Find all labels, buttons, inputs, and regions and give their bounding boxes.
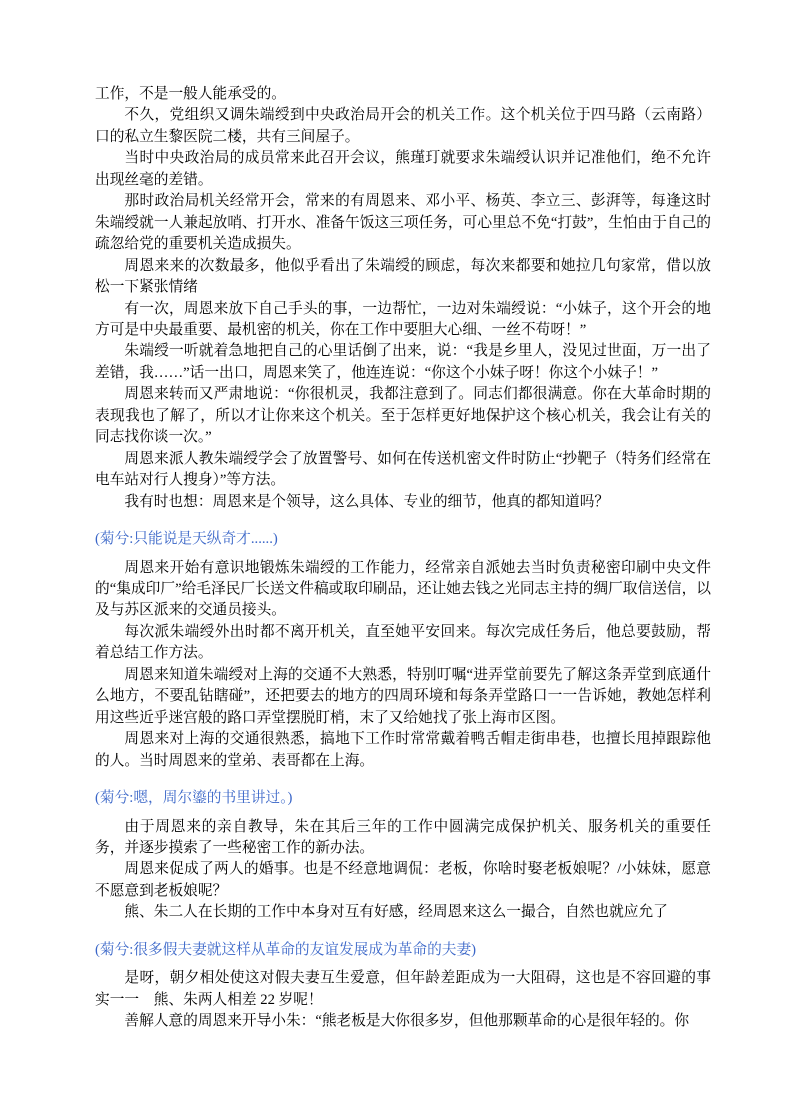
paragraph: 熊、朱二人在长期的工作中本身对互有好感，经周恩来这么一撮合，自然也就应允了 [95, 902, 711, 923]
paragraph: 周恩来知道朱端绶对上海的交通不大熟悉，特别叮嘱“进弄堂前要先了解这条弄堂到底通什… [95, 665, 711, 729]
document-body: 工作，不是一般人能承受的。不久，党组织又调朱端绶到中央政治局开会的机关工作。这个… [95, 84, 711, 1033]
annotation-line: (菊兮:很多假夫妻就这样从革命的友谊发展成为革命的夫妻) [95, 940, 711, 961]
paragraph: 周恩来派人教朱端绶学会了放置警号、如何在传送机密文件时防止“抄靶子（特务们经常在… [95, 449, 711, 492]
document-page: 工作，不是一般人能承受的。不久，党组织又调朱端绶到中央政治局开会的机关工作。这个… [0, 0, 800, 1100]
paragraph: 周恩来开始有意识地锻炼朱端绶的工作能力，经常亲自派她去当时负责秘密印刷中央文件的… [95, 558, 711, 622]
paragraph: 是呀，朝夕相处使这对假夫妻互生爱意，但年龄差距成为一大阻碍，这也是不容回避的事实… [95, 968, 711, 1011]
paragraph: 朱端绶一听就着急地把自己的心里话倒了出来，说：“我是乡里人，没见过世面，万一出了… [95, 341, 711, 384]
paragraph: 当时中央政治局的成员常来此召开会议，熊瑾玎就要求朱端绶认识并记准他们，绝不允许出… [95, 148, 711, 191]
paragraph: 有一次，周恩来放下自己手头的事，一边帮忙，一边对朱端绶说：“小妹子，这个开会的地… [95, 299, 711, 342]
paragraph: 每次派朱端绶外出时都不离开机关，直至她平安回来。每次完成任务后，他总要鼓励，帮着… [95, 622, 711, 665]
paragraph: 我有时也想：周恩来是个领导，这么具体、专业的细节，他真的都知道吗？ [95, 492, 711, 513]
paragraph: 周恩来促成了两人的婚事。也是不经意地调侃：老板，你啥时娶老板娘呢？/小妹妹，愿意… [95, 859, 711, 902]
paragraph: 善解人意的周恩来开导小朱：“熊老板是大你很多岁，但他那颗革命的心是很年轻的。你 [95, 1011, 711, 1032]
paragraph: 工作，不是一般人能承受的。 [95, 84, 711, 105]
paragraph: 周恩来转而又严肃地说：“你很机灵，我都注意到了。同志们都很满意。你在大革命时期的… [95, 384, 711, 448]
paragraph: 那时政治局机关经常开会，常来的有周恩来、邓小平、杨英、李立三、彭湃等，每逢这时朱… [95, 191, 711, 255]
paragraph: 周恩来对上海的交通很熟悉，搞地下工作时常常戴着鸭舌帽走街串巷，也擅长甩掉跟踪他的… [95, 729, 711, 772]
paragraph: 不久，党组织又调朱端绶到中央政治局开会的机关工作。这个机关位于四马路（云南路）口… [95, 105, 711, 148]
annotation-line: (菊兮:嗯，周尔鎏的书里讲过。) [95, 788, 711, 809]
paragraph: 由于周恩来的亲自教导，朱在其后三年的工作中圆满完成保护机关、服务机关的重要任务，… [95, 817, 711, 860]
annotation-line: (菊兮:只能说是天纵奇才......) [95, 529, 711, 550]
paragraph: 周恩来来的次数最多，他似乎看出了朱端绶的顾虑，每次来都要和她拉几句家常，借以放松… [95, 256, 711, 299]
